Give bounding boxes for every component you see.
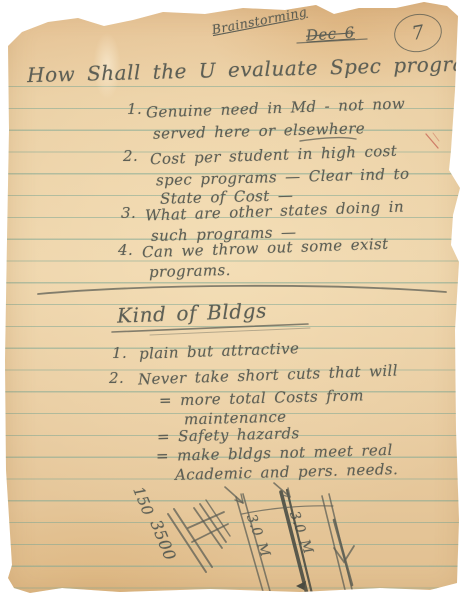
torn-lined-paper: Brainstorming Dec 6 7 How Shall the U ev…	[0, 0, 470, 602]
scanned-note-page: Brainstorming Dec 6 7 How Shall the U ev…	[0, 0, 470, 602]
list-item-number: 2.	[109, 369, 124, 387]
list-item-number: 3.	[121, 204, 136, 222]
heading-underline-2	[150, 328, 310, 335]
sketch-dimension-label: 3.0 M	[286, 509, 316, 556]
sketch-arrows	[225, 483, 354, 590]
list-item-line: plain but attractive	[139, 339, 300, 363]
section-heading: Kind of Bldgs	[117, 298, 268, 327]
consequence-line: = Safety hazards	[157, 424, 300, 446]
list-item-number: 2.	[123, 147, 138, 165]
sketch-figure-150: 150	[129, 484, 157, 518]
header-label: Brainstorming	[210, 4, 308, 37]
list-item-number: 1.	[127, 100, 142, 118]
list-item-number: 1.	[112, 344, 127, 362]
crossed-out-scribble	[168, 500, 230, 572]
page-number: 7	[410, 21, 426, 45]
sketch-figure-3500: 3500	[146, 517, 179, 563]
list-item-line: programs.	[149, 261, 231, 281]
list-item-line: served here or elsewhere	[153, 119, 365, 143]
list-item-line: Genuine need in Md - not now	[146, 94, 406, 121]
sketch-dimension-label: 3.0 M	[243, 512, 273, 559]
section-divider-line	[38, 286, 446, 294]
consequence-line: = more total Costs from	[159, 386, 364, 409]
list-item-line: Never take short cuts that will	[138, 361, 398, 388]
header-date: Dec 6	[305, 23, 355, 44]
red-pencil-mark	[426, 133, 439, 148]
page-title: How Shall the U evaluate Spec programs	[27, 51, 470, 87]
list-item-line: Cost per student in high cost	[150, 142, 398, 169]
list-item-number: 4.	[118, 241, 133, 259]
page-number-circle: 7	[391, 10, 445, 56]
